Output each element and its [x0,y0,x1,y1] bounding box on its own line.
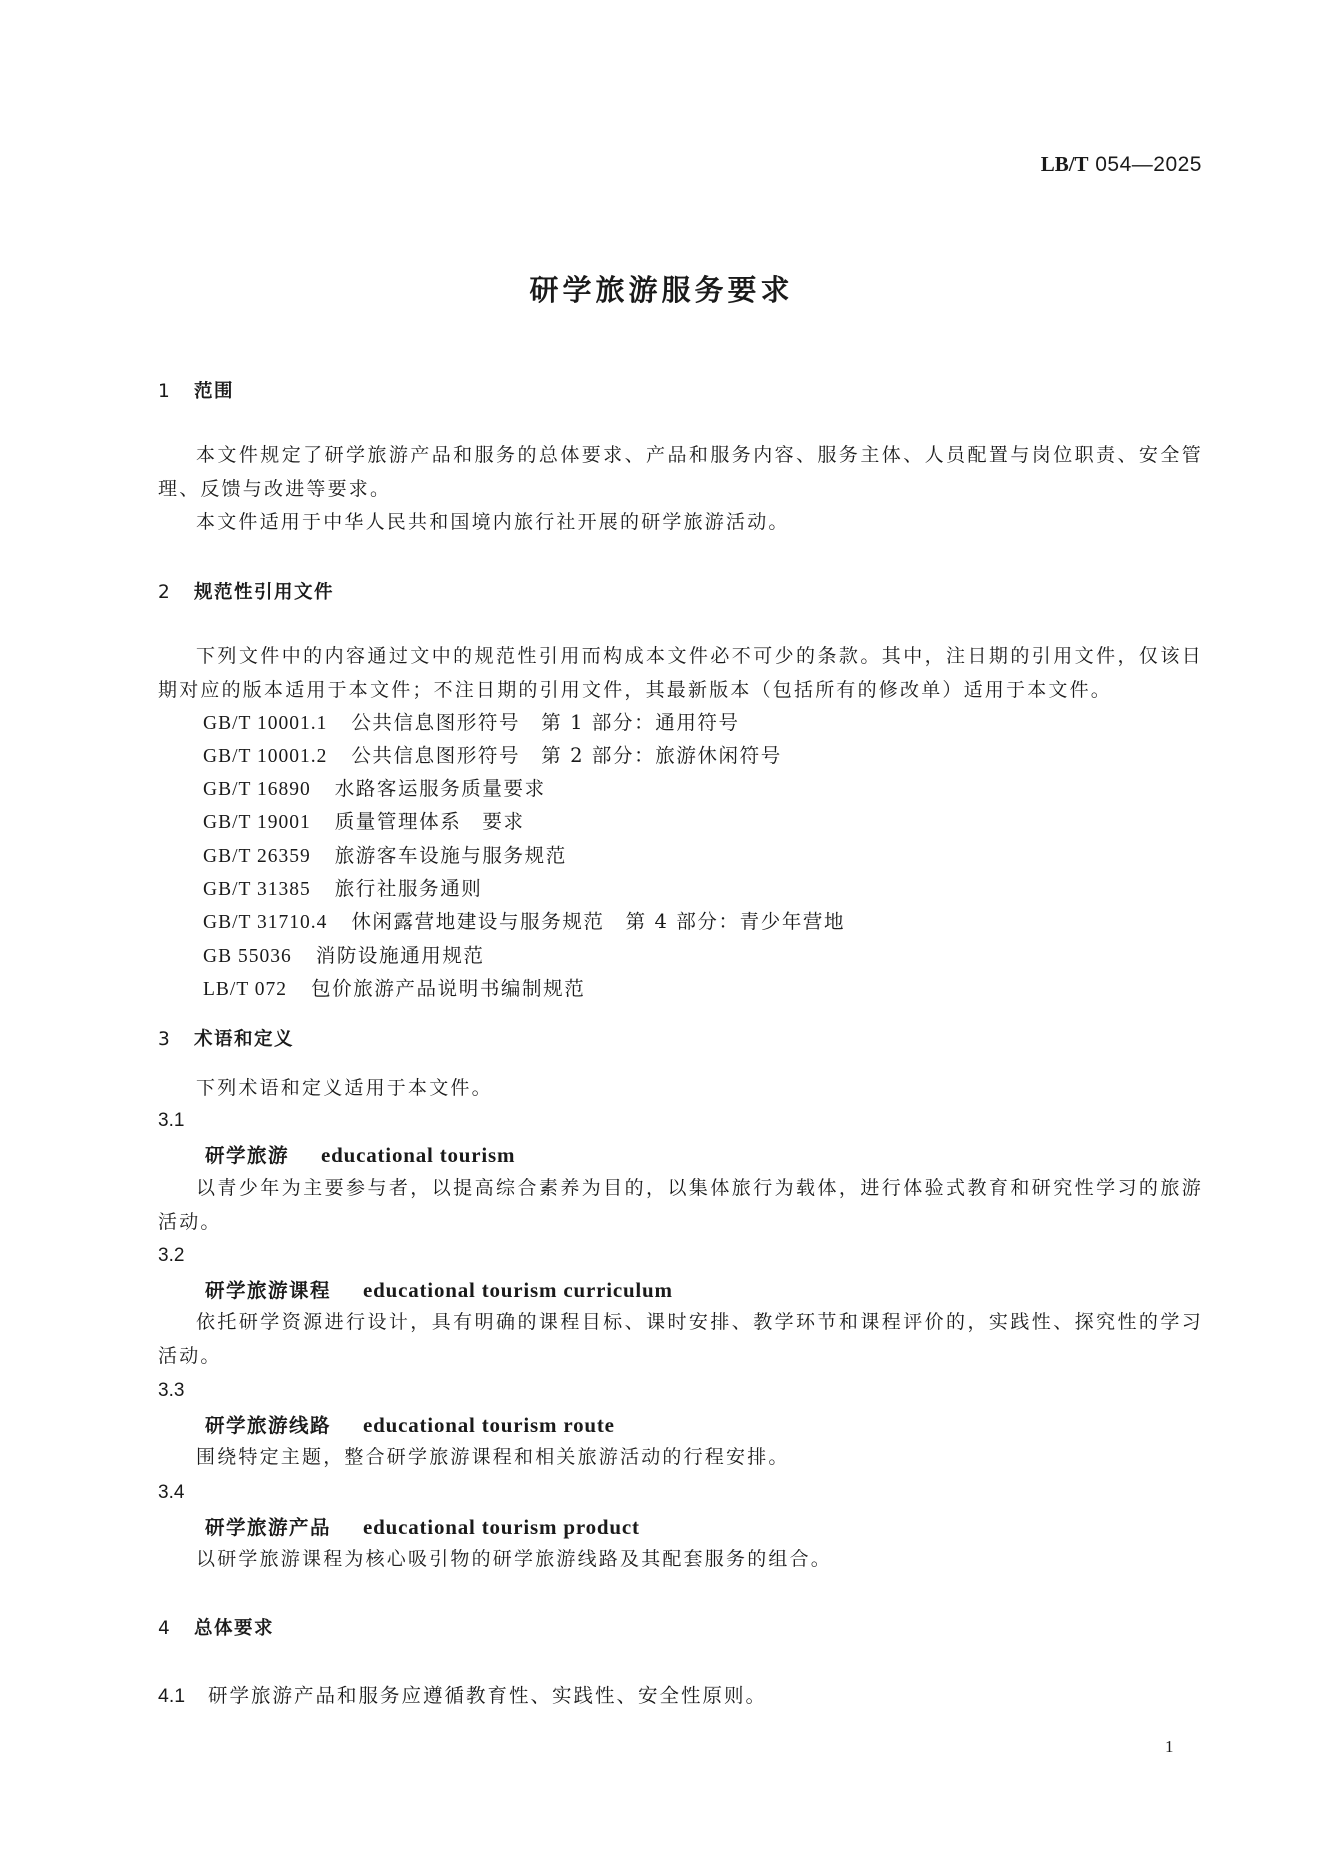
reference-title: 消防设施通用规范 [316,944,485,967]
section-3-intro: 下列术语和定义适用于本文件。 [158,1072,1203,1106]
term-name: 研学旅游产品educational tourism product [205,1512,640,1540]
section-1-paragraph-1: 本文件规定了研学旅游产品和服务的总体要求、产品和服务内容、服务主体、人员配置与岗… [158,439,1203,506]
term-name-en: educational tourism [321,1143,515,1167]
reference-code: GB/T 10001.2 [203,746,327,767]
reference-code: LB/T 072 [203,979,287,1000]
reference-code: GB 55036 [203,946,292,967]
term-name-en: educational tourism curriculum [363,1278,673,1302]
term-number: 3.2 [158,1245,184,1267]
reference-title: 包价旅游产品说明书编制规范 [311,977,585,1000]
section-number: 4 [158,1618,194,1639]
clause-4-1: 4.1研学旅游产品和服务应遵循教育性、实践性、安全性原则。 [158,1680,767,1708]
reference-title: 旅行社服务通则 [335,877,483,900]
term-definition: 以研学旅游课程为核心吸引物的研学旅游线路及其配套服务的组合。 [158,1543,1203,1577]
reference-code: GB/T 26359 [203,846,311,867]
section-number: 3 [158,1029,194,1050]
section-2-intro: 下列文件中的内容通过文中的规范性引用而构成本文件必不可少的条款。其中，注日期的引… [158,640,1203,707]
clause-number: 4.1 [158,1685,208,1708]
standard-code: LB/T 054—2025 [1041,152,1202,177]
reference-title: 休闲露营地建设与服务规范 第 4 部分：青少年营地 [351,910,845,933]
term-name-zh: 研学旅游课程 [205,1279,331,1302]
reference-item: GB/T 31710.4休闲露营地建设与服务规范 第 4 部分：青少年营地 [203,906,845,934]
term-number: 3.1 [158,1110,184,1132]
term-definition: 围绕特定主题，整合研学旅游课程和相关旅游活动的行程安排。 [158,1441,1203,1475]
standard-number: 054—2025 [1095,153,1202,176]
term-name: 研学旅游educational tourism [205,1140,515,1168]
reference-item: GB/T 31385旅行社服务通则 [203,873,482,901]
term-number: 3.3 [158,1380,184,1402]
section-title: 规范性引用文件 [194,582,334,603]
reference-item: LB/T 072包价旅游产品说明书编制规范 [203,973,585,1001]
term-name-zh: 研学旅游 [205,1144,289,1167]
reference-code: GB/T 16890 [203,779,311,800]
reference-code: GB/T 31385 [203,879,311,900]
reference-code: GB/T 19001 [203,812,311,833]
section-title: 术语和定义 [194,1029,294,1050]
section-1-paragraph-2: 本文件适用于中华人民共和国境内旅行社开展的研学旅游活动。 [158,506,1203,540]
reference-title: 质量管理体系 要求 [335,810,525,833]
clause-text: 研学旅游产品和服务应遵循教育性、实践性、安全性原则。 [208,1684,767,1707]
standard-prefix: LB/T [1041,152,1089,176]
reference-title: 水路客运服务质量要求 [335,777,546,800]
reference-title: 旅游客车设施与服务规范 [335,844,567,867]
reference-code: GB/T 31710.4 [203,912,327,933]
reference-item: GB/T 19001质量管理体系 要求 [203,806,525,834]
section-2-heading: 2规范性引用文件 [158,578,334,604]
section-number: 2 [158,582,194,603]
term-name-en: educational tourism product [363,1515,640,1539]
reference-code: GB/T 10001.1 [203,713,327,734]
term-name: 研学旅游线路educational tourism route [205,1410,615,1438]
reference-item: GB/T 10001.2公共信息图形符号 第 2 部分：旅游休闲符号 [203,740,782,768]
section-4-heading: 4总体要求 [158,1614,274,1640]
term-number: 3.4 [158,1482,184,1504]
term-name-en: educational tourism route [363,1413,615,1437]
term-name-zh: 研学旅游线路 [205,1414,331,1437]
section-3-heading: 3术语和定义 [158,1025,294,1051]
section-title: 总体要求 [194,1618,274,1639]
reference-title: 公共信息图形符号 第 1 部分：通用符号 [351,711,739,734]
term-definition: 依托研学资源进行设计，具有明确的课程目标、课时安排、教学环节和课程评价的，实践性… [158,1306,1203,1373]
term-name-zh: 研学旅游产品 [205,1516,331,1539]
section-1-heading: 1范围 [158,377,234,403]
reference-item: GB 55036消防设施通用规范 [203,940,485,968]
section-number: 1 [158,381,194,402]
document-title: 研学旅游服务要求 [0,268,1323,309]
term-name: 研学旅游课程educational tourism curriculum [205,1275,673,1303]
page-number: 1 [1165,1737,1174,1757]
reference-item: GB/T 16890水路客运服务质量要求 [203,773,546,801]
term-definition: 以青少年为主要参与者，以提高综合素养为目的，以集体旅行为载体，进行体验式教育和研… [158,1172,1203,1239]
reference-item: GB/T 26359旅游客车设施与服务规范 [203,840,567,868]
reference-item: GB/T 10001.1公共信息图形符号 第 1 部分：通用符号 [203,707,740,735]
reference-title: 公共信息图形符号 第 2 部分：旅游休闲符号 [351,744,782,767]
section-title: 范围 [194,381,234,402]
